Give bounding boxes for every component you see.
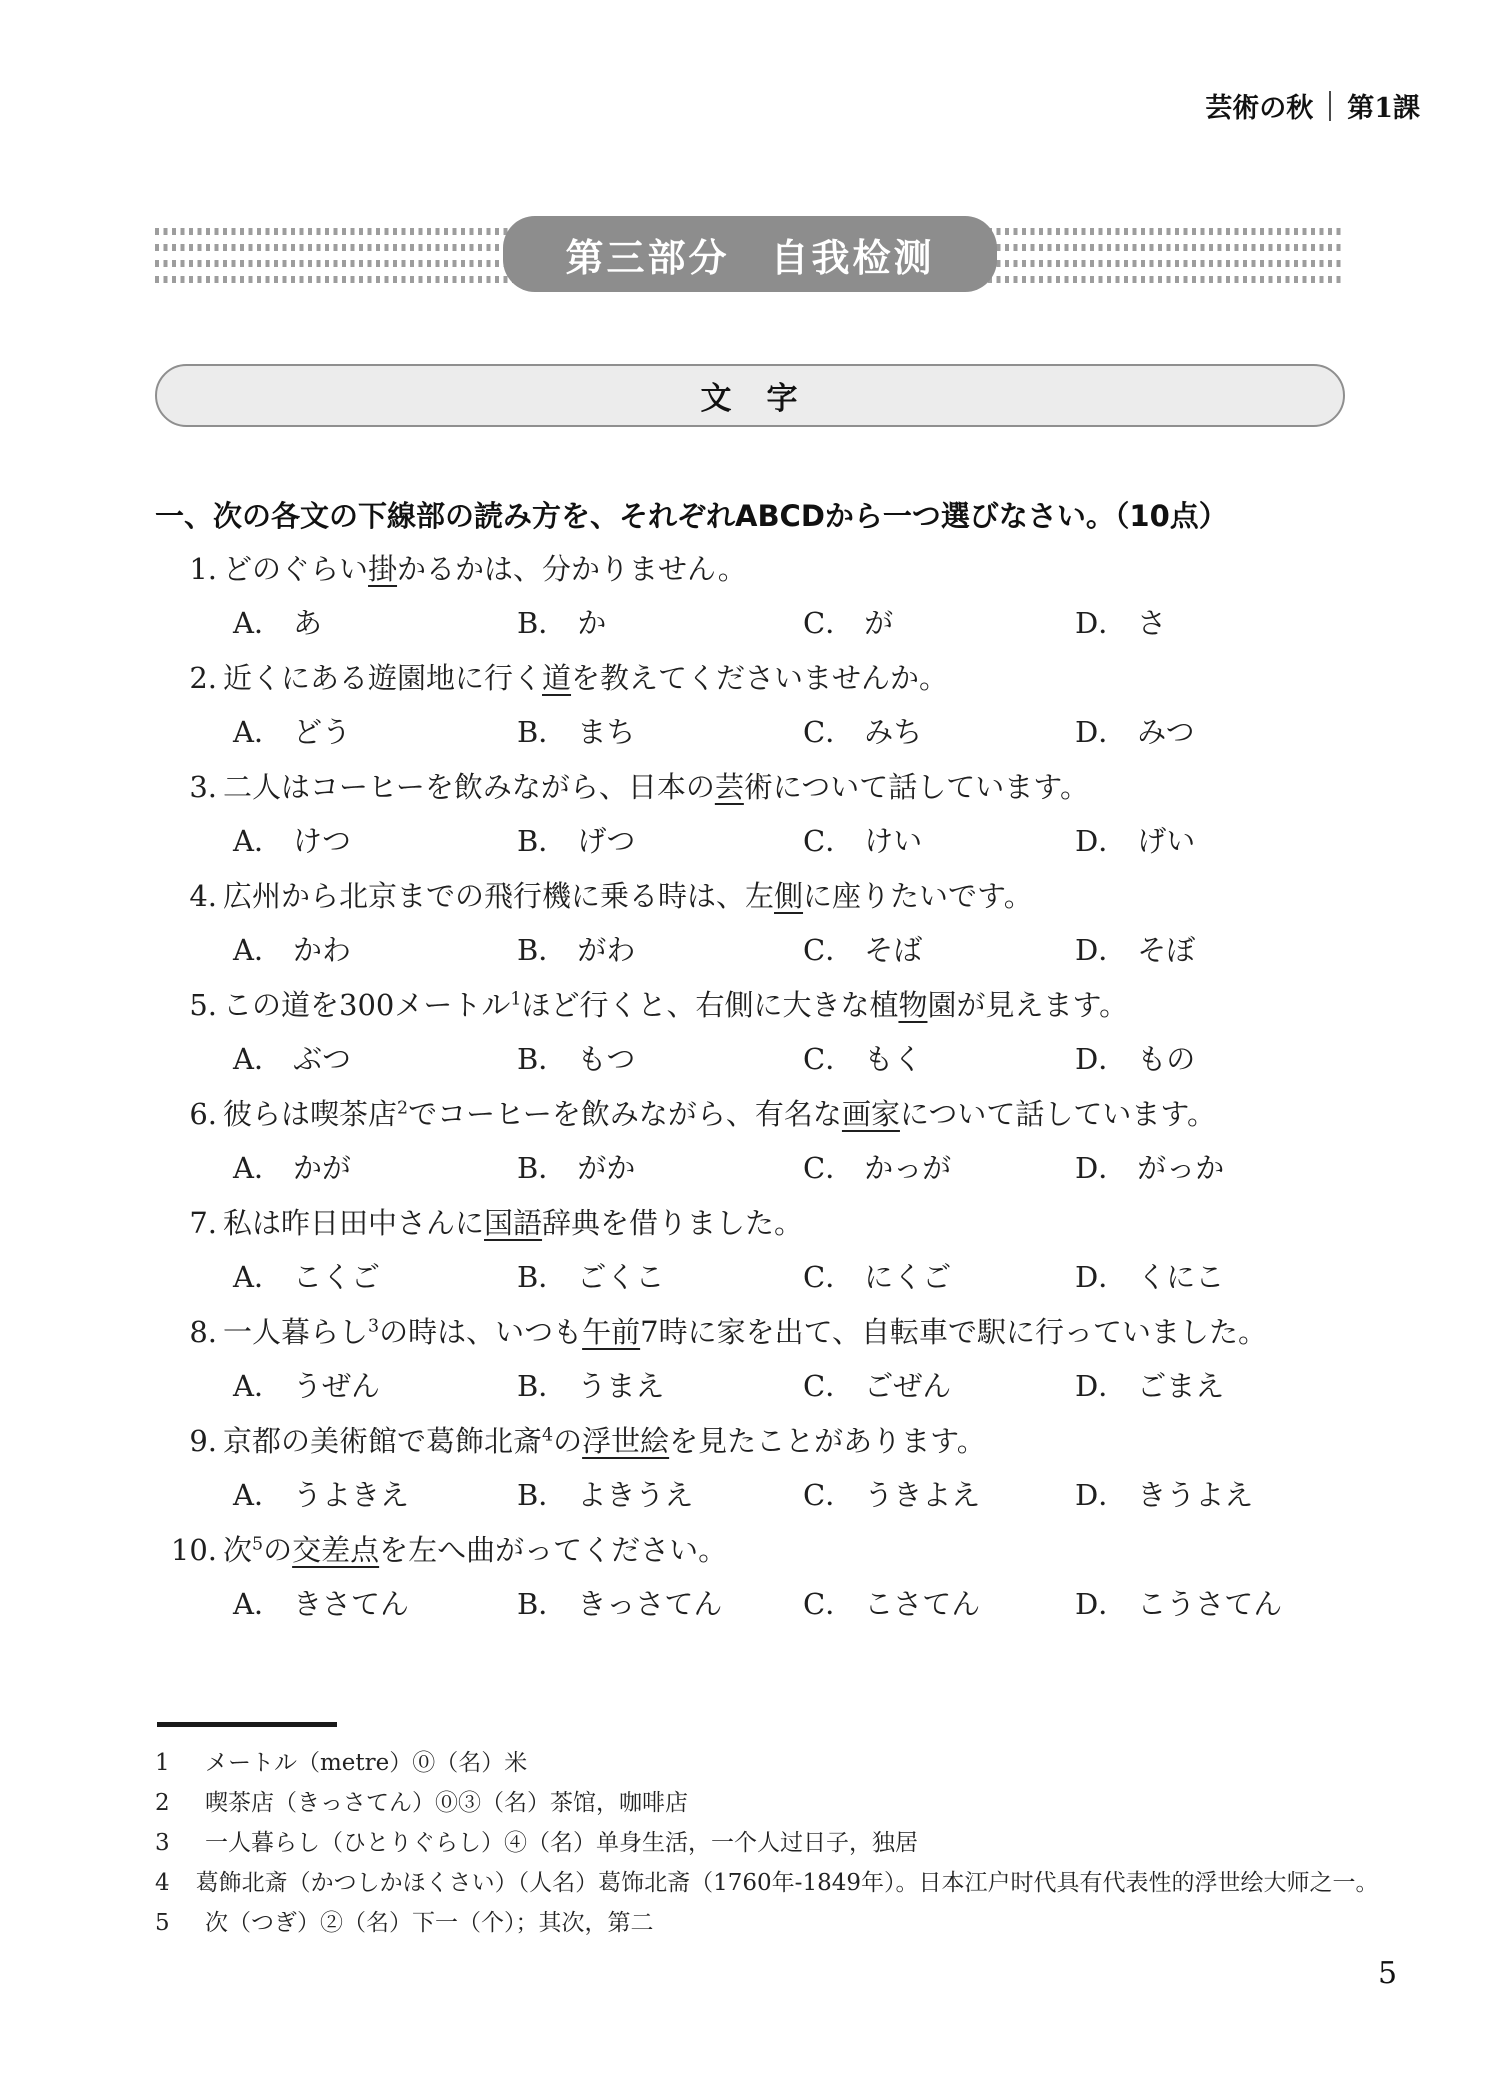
part-banner-title: 第三部分 自我检测 bbox=[503, 216, 997, 292]
underlined-target: 芸 bbox=[715, 770, 744, 804]
option-text: きさてん bbox=[293, 1587, 409, 1621]
question-text: 次 bbox=[223, 1533, 252, 1567]
option-letter: C． bbox=[803, 606, 854, 640]
option-text: が bbox=[864, 606, 893, 640]
option-letter: D． bbox=[1075, 933, 1127, 967]
question-number: 3. bbox=[155, 766, 217, 808]
option-item: C．そば bbox=[803, 929, 1075, 971]
option-letter: C． bbox=[803, 1587, 854, 1621]
question-text: 辞典を借りました。 bbox=[542, 1206, 803, 1240]
footnote-ref: 3 bbox=[368, 1316, 379, 1336]
option-item: C．こさてん bbox=[803, 1583, 1075, 1625]
option-item: C．けい bbox=[803, 820, 1075, 862]
footnote-line: 3一人暮らし（ひとりぐらし）④（名）单身生活，一个人过日子，独居 bbox=[155, 1823, 1365, 1863]
question-text: 二人はコーヒーを飲みながら、日本の bbox=[223, 770, 715, 804]
question-line: 9.京都の美術館で葛飾北斎4の浮世絵を見たことがあります。 bbox=[155, 1420, 1365, 1462]
option-text: さ bbox=[1137, 606, 1166, 640]
options-row: A．けつB．げつC．けいD．げい bbox=[233, 820, 1365, 862]
option-letter: B． bbox=[517, 1587, 567, 1621]
question-number: 9. bbox=[155, 1420, 217, 1462]
footnote-number: 3 bbox=[155, 1823, 179, 1863]
option-text: こさてん bbox=[864, 1587, 980, 1621]
question-text: でコーヒーを飲みながら、有名な bbox=[408, 1097, 842, 1131]
option-letter: A． bbox=[233, 1151, 283, 1185]
question-block: 8.一人暮らし3の時は、いつも午前7時に家を出て、自転車で駅に行っていました。A… bbox=[155, 1311, 1365, 1407]
question-block: 1.どのぐらい掛かるかは、分かりません。A．あB．かC．がD．さ bbox=[155, 548, 1365, 644]
option-item: D．こうさてん bbox=[1075, 1583, 1365, 1625]
question-text: 7時に家を出て、自転車で駅に行っていました。 bbox=[640, 1315, 1267, 1349]
footnote-text: 喫茶店（きっさてん）⓪③（名）茶馆，咖啡店 bbox=[205, 1783, 688, 1823]
option-letter: D． bbox=[1075, 1042, 1127, 1076]
option-text: けい bbox=[864, 824, 922, 858]
option-text: けつ bbox=[293, 824, 351, 858]
options-row: A．あB．かC．がD．さ bbox=[233, 602, 1365, 644]
option-letter: C． bbox=[803, 824, 854, 858]
footnote-line: 4葛飾北斎（かつしかほくさい）（人名）葛饰北斋（1760年-1849年）。日本江… bbox=[155, 1863, 1365, 1903]
option-letter: B． bbox=[517, 933, 567, 967]
option-letter: C． bbox=[803, 1478, 854, 1512]
option-item: C．かっが bbox=[803, 1147, 1075, 1189]
option-item: C．うきよえ bbox=[803, 1474, 1075, 1516]
question-block: 3.二人はコーヒーを飲みながら、日本の芸術について話しています。A．けつB．げつ… bbox=[155, 766, 1365, 862]
option-item: D．げい bbox=[1075, 820, 1365, 862]
option-letter: B． bbox=[517, 1151, 567, 1185]
option-letter: A． bbox=[233, 1260, 283, 1294]
option-text: ごぜん bbox=[864, 1369, 951, 1403]
option-text: ぶつ bbox=[293, 1042, 351, 1076]
question-block: 4.広州から北京までの飛行機に乗る時は、左側に座りたいです。A．かわB．がわC．… bbox=[155, 875, 1365, 971]
option-item: A．けつ bbox=[233, 820, 517, 862]
option-item: C．もく bbox=[803, 1038, 1075, 1080]
question-number: 1. bbox=[155, 548, 217, 590]
option-text: くにこ bbox=[1137, 1260, 1224, 1294]
section-instruction: 一、次の各文の下線部の読み方を、それぞれABCDから一つ選びなさい。（10点） bbox=[155, 494, 1355, 535]
question-number: 5. bbox=[155, 984, 217, 1026]
option-item: B．げつ bbox=[517, 820, 803, 862]
option-item: A．あ bbox=[233, 602, 517, 644]
option-item: B．きっさてん bbox=[517, 1583, 803, 1625]
footnote-text: メートル（metre）⓪（名）米 bbox=[205, 1743, 527, 1783]
running-head-divider bbox=[1329, 91, 1331, 121]
option-item: A．どう bbox=[233, 711, 517, 753]
option-item: A．こくご bbox=[233, 1256, 517, 1298]
question-line: 7.私は昨日田中さんに国語辞典を借りました。 bbox=[155, 1202, 1365, 1244]
underlined-target: 国語 bbox=[484, 1206, 542, 1240]
question-text: ほど行くと、右側に大きな植 bbox=[521, 988, 898, 1022]
option-letter: D． bbox=[1075, 824, 1127, 858]
option-letter: A． bbox=[233, 1587, 283, 1621]
option-text: まち bbox=[577, 715, 635, 749]
option-item: A．ぶつ bbox=[233, 1038, 517, 1080]
footnote-ref: 4 bbox=[542, 1425, 553, 1445]
options-row: A．きさてんB．きっさてんC．こさてんD．こうさてん bbox=[233, 1583, 1365, 1625]
option-letter: C． bbox=[803, 933, 854, 967]
option-letter: A． bbox=[233, 824, 283, 858]
option-text: かっが bbox=[864, 1151, 951, 1185]
option-letter: D． bbox=[1075, 606, 1127, 640]
option-text: きっさてん bbox=[577, 1587, 722, 1621]
option-text: そぼ bbox=[1137, 933, 1195, 967]
question-block: 2.近くにある遊園地に行く道を教えてくださいませんか。A．どうB．まちC．みちD… bbox=[155, 657, 1365, 753]
option-item: B．よきうえ bbox=[517, 1474, 803, 1516]
running-head: 芸術の秋 第1課 bbox=[1205, 86, 1420, 125]
options-row: A．どうB．まちC．みちD．みつ bbox=[233, 711, 1365, 753]
option-letter: B． bbox=[517, 715, 567, 749]
option-item: A．うぜん bbox=[233, 1365, 517, 1407]
option-item: D．きうよえ bbox=[1075, 1474, 1365, 1516]
option-letter: A． bbox=[233, 715, 283, 749]
option-item: B．うまえ bbox=[517, 1365, 803, 1407]
question-line: 8.一人暮らし3の時は、いつも午前7時に家を出て、自転車で駅に行っていました。 bbox=[155, 1311, 1365, 1353]
option-item: C．にくご bbox=[803, 1256, 1075, 1298]
options-row: A．こくごB．ごくこC．にくごD．くにこ bbox=[233, 1256, 1365, 1298]
option-letter: B． bbox=[517, 1369, 567, 1403]
question-block: 6.彼らは喫茶店2でコーヒーを飲みながら、有名な画家について話しています。A．か… bbox=[155, 1093, 1365, 1189]
question-number: 10. bbox=[155, 1529, 217, 1571]
option-letter: A． bbox=[233, 1369, 283, 1403]
footnote-ref: 1 bbox=[510, 989, 521, 1009]
question-text: 一人暮らし bbox=[223, 1315, 368, 1349]
option-item: C．ごぜん bbox=[803, 1365, 1075, 1407]
options-row: A．ぶつB．もつC．もくD．もの bbox=[233, 1038, 1365, 1080]
option-text: うぜん bbox=[293, 1369, 380, 1403]
option-text: もく bbox=[864, 1042, 922, 1076]
question-text: 近くにある遊園地に行く bbox=[223, 661, 542, 695]
question-text: を左へ曲がってください。 bbox=[379, 1533, 727, 1567]
question-number: 7. bbox=[155, 1202, 217, 1244]
footnote-text: 葛飾北斎（かつしかほくさい）（人名）葛饰北斋（1760年-1849年）。日本江户… bbox=[196, 1863, 1379, 1903]
option-text: げつ bbox=[577, 824, 635, 858]
question-line: 10.次5の交差点を左へ曲がってください。 bbox=[155, 1529, 1365, 1571]
footnote-line: 1メートル（metre）⓪（名）米 bbox=[155, 1743, 1365, 1783]
question-text: に座りたいです。 bbox=[803, 879, 1033, 913]
footnote-number: 4 bbox=[155, 1863, 170, 1903]
option-text: かが bbox=[293, 1151, 351, 1185]
option-letter: D． bbox=[1075, 1260, 1127, 1294]
running-head-course: 芸術の秋 bbox=[1205, 86, 1313, 125]
option-item: D．がっか bbox=[1075, 1147, 1365, 1189]
question-line: 2.近くにある遊園地に行く道を教えてくださいませんか。 bbox=[155, 657, 1365, 699]
option-letter: C． bbox=[803, 715, 854, 749]
question-number: 4. bbox=[155, 875, 217, 917]
footnote-text: 一人暮らし（ひとりぐらし）④（名）单身生活，一个人过日子，独居 bbox=[205, 1823, 918, 1863]
option-item: B．がわ bbox=[517, 929, 803, 971]
question-block: 5.この道を300メートル1ほど行くと、右側に大きな植物園が見えます。A．ぶつB… bbox=[155, 984, 1365, 1080]
option-item: B．まち bbox=[517, 711, 803, 753]
question-text: 園が見えます。 bbox=[927, 988, 1128, 1022]
question-text: を見たことがあります。 bbox=[669, 1424, 986, 1458]
option-item: D．くにこ bbox=[1075, 1256, 1365, 1298]
question-block: 9.京都の美術館で葛飾北斎4の浮世絵を見たことがあります。A．うよきえB．よきう… bbox=[155, 1420, 1365, 1516]
options-row: A．かがB．がかC．かっがD．がっか bbox=[233, 1147, 1365, 1189]
option-letter: C． bbox=[803, 1369, 854, 1403]
question-text: 広州から北京までの飛行機に乗る時は、左 bbox=[223, 879, 774, 913]
option-item: D．もの bbox=[1075, 1038, 1365, 1080]
footnote-number: 1 bbox=[155, 1743, 179, 1783]
question-text: を教えてくださいませんか。 bbox=[571, 661, 948, 695]
section-title-pill: 文 字 bbox=[155, 364, 1345, 427]
underlined-target: 午前 bbox=[582, 1315, 640, 1349]
option-letter: C． bbox=[803, 1151, 854, 1185]
question-text: の時は、いつも bbox=[379, 1315, 582, 1349]
option-text: か bbox=[577, 606, 606, 640]
options-row: A．うぜんB．うまえC．ごぜんD．ごまえ bbox=[233, 1365, 1365, 1407]
option-item: A．かが bbox=[233, 1147, 517, 1189]
option-item: B．もつ bbox=[517, 1038, 803, 1080]
option-text: がか bbox=[577, 1151, 635, 1185]
question-text: について話しています。 bbox=[900, 1097, 1216, 1131]
option-item: B．がか bbox=[517, 1147, 803, 1189]
option-letter: C． bbox=[803, 1042, 854, 1076]
footnote-rule bbox=[157, 1722, 337, 1727]
question-text: かるかは、分かりません。 bbox=[397, 552, 747, 586]
question-line: 4.広州から北京までの飛行機に乗る時は、左側に座りたいです。 bbox=[155, 875, 1365, 917]
option-text: そば bbox=[864, 933, 922, 967]
question-text: 私は昨日田中さんに bbox=[223, 1206, 484, 1240]
option-text: みつ bbox=[1137, 715, 1194, 749]
option-item: B．か bbox=[517, 602, 803, 644]
option-item: D．さ bbox=[1075, 602, 1365, 644]
underlined-target: 道 bbox=[542, 661, 571, 695]
option-letter: D． bbox=[1075, 1151, 1127, 1185]
option-letter: A． bbox=[233, 1042, 283, 1076]
question-text: この道を300メートル bbox=[223, 988, 510, 1022]
option-text: うきよえ bbox=[864, 1478, 980, 1512]
option-item: A．きさてん bbox=[233, 1583, 517, 1625]
option-letter: A． bbox=[233, 1478, 283, 1512]
option-text: ごくこ bbox=[577, 1260, 664, 1294]
option-text: ごまえ bbox=[1137, 1369, 1224, 1403]
question-text: 術について話しています。 bbox=[744, 770, 1089, 804]
option-text: うまえ bbox=[577, 1369, 664, 1403]
option-letter: B． bbox=[517, 606, 567, 640]
underlined-target: 側 bbox=[774, 879, 803, 913]
option-text: みち bbox=[864, 715, 922, 749]
question-block: 7.私は昨日田中さんに国語辞典を借りました。A．こくごB．ごくこC．にくごD．く… bbox=[155, 1202, 1365, 1298]
question-text: の bbox=[263, 1533, 292, 1567]
part-banner: 第三部分 自我检测 bbox=[155, 216, 1345, 292]
option-text: よきうえ bbox=[577, 1478, 693, 1512]
option-text: こくご bbox=[293, 1260, 380, 1294]
option-item: D．ごまえ bbox=[1075, 1365, 1365, 1407]
running-head-lesson: 第1課 bbox=[1347, 86, 1420, 125]
underlined-target: 画家 bbox=[842, 1097, 900, 1131]
question-text: 京都の美術館で葛飾北斎 bbox=[223, 1424, 542, 1458]
question-line: 3.二人はコーヒーを飲みながら、日本の芸術について話しています。 bbox=[155, 766, 1365, 808]
option-letter: D． bbox=[1075, 1478, 1127, 1512]
option-letter: B． bbox=[517, 1478, 567, 1512]
page-number: 5 bbox=[1378, 1956, 1397, 1991]
questions: 1.どのぐらい掛かるかは、分かりません。A．あB．かC．がD．さ2.近くにある遊… bbox=[155, 548, 1365, 1638]
option-text: にくご bbox=[864, 1260, 951, 1294]
option-letter: B． bbox=[517, 824, 567, 858]
underlined-target: 交差点 bbox=[292, 1533, 379, 1567]
option-letter: D． bbox=[1075, 1587, 1127, 1621]
footnotes: 1メートル（metre）⓪（名）米2喫茶店（きっさてん）⓪③（名）茶馆，咖啡店3… bbox=[155, 1722, 1365, 1943]
footnote-number: 5 bbox=[155, 1903, 179, 1943]
option-item: C．が bbox=[803, 602, 1075, 644]
option-text: きうよえ bbox=[1137, 1478, 1253, 1512]
option-text: がわ bbox=[577, 933, 635, 967]
option-item: D．みつ bbox=[1075, 711, 1365, 753]
options-row: A．かわB．がわC．そばD．そぼ bbox=[233, 929, 1365, 971]
footnote-ref: 2 bbox=[397, 1098, 408, 1118]
option-text: もつ bbox=[577, 1042, 635, 1076]
question-number: 8. bbox=[155, 1311, 217, 1353]
option-item: D．そぼ bbox=[1075, 929, 1365, 971]
option-item: B．ごくこ bbox=[517, 1256, 803, 1298]
footnote-number: 2 bbox=[155, 1783, 179, 1823]
question-text: の bbox=[553, 1424, 582, 1458]
option-item: A．うよきえ bbox=[233, 1474, 517, 1516]
options-row: A．うよきえB．よきうえC．うきよえD．きうよえ bbox=[233, 1474, 1365, 1516]
option-letter: C． bbox=[803, 1260, 854, 1294]
option-text: がっか bbox=[1137, 1151, 1224, 1185]
option-text: こうさてん bbox=[1137, 1587, 1282, 1621]
option-letter: D． bbox=[1075, 715, 1127, 749]
question-block: 10.次5の交差点を左へ曲がってください。A．きさてんB．きっさてんC．こさてん… bbox=[155, 1529, 1365, 1625]
option-text: げい bbox=[1137, 824, 1195, 858]
footnote-list: 1メートル（metre）⓪（名）米2喫茶店（きっさてん）⓪③（名）茶馆，咖啡店3… bbox=[155, 1743, 1365, 1943]
question-line: 5.この道を300メートル1ほど行くと、右側に大きな植物園が見えます。 bbox=[155, 984, 1365, 1026]
option-letter: B． bbox=[517, 1260, 567, 1294]
option-text: もの bbox=[1137, 1042, 1195, 1076]
option-letter: D． bbox=[1075, 1369, 1127, 1403]
footnote-ref: 5 bbox=[252, 1534, 263, 1554]
underlined-target: 浮世絵 bbox=[582, 1424, 669, 1458]
option-letter: A． bbox=[233, 606, 283, 640]
option-letter: B． bbox=[517, 1042, 567, 1076]
question-line: 1.どのぐらい掛かるかは、分かりません。 bbox=[155, 548, 1365, 590]
footnote-line: 5次（つぎ）②（名）下一（个）；其次，第二 bbox=[155, 1903, 1365, 1943]
option-text: うよきえ bbox=[293, 1478, 409, 1512]
option-item: C．みち bbox=[803, 711, 1075, 753]
underlined-target: 掛 bbox=[368, 552, 397, 586]
question-number: 6. bbox=[155, 1093, 217, 1135]
option-text: かわ bbox=[293, 933, 351, 967]
question-text: 彼らは喫茶店 bbox=[223, 1097, 397, 1131]
option-letter: A． bbox=[233, 933, 283, 967]
question-number: 2. bbox=[155, 657, 217, 699]
option-item: A．かわ bbox=[233, 929, 517, 971]
question-text: どのぐらい bbox=[223, 552, 368, 586]
footnote-line: 2喫茶店（きっさてん）⓪③（名）茶馆，咖啡店 bbox=[155, 1783, 1365, 1823]
option-text: あ bbox=[293, 606, 322, 640]
textbook-page: 芸術の秋 第1課 第三部分 自我检测 文 字 一、次の各文の下線部の読み方を、そ… bbox=[0, 0, 1497, 2092]
question-line: 6.彼らは喫茶店2でコーヒーを飲みながら、有名な画家について話しています。 bbox=[155, 1093, 1365, 1135]
option-text: どう bbox=[293, 715, 351, 749]
underlined-target: 物 bbox=[898, 988, 927, 1022]
footnote-text: 次（つぎ）②（名）下一（个）；其次，第二 bbox=[205, 1903, 654, 1943]
